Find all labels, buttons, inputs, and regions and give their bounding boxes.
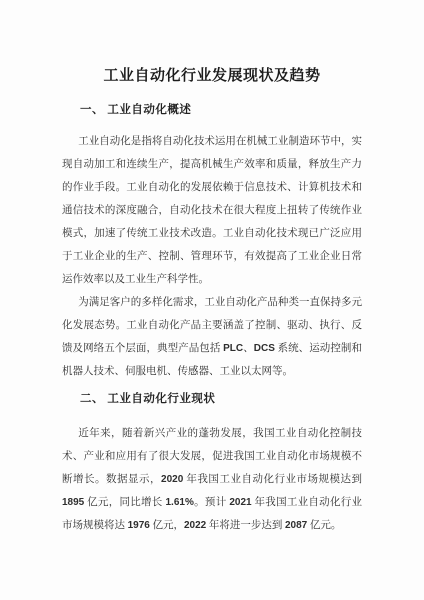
latin-text-run: 2022 (184, 520, 206, 531)
paragraph-overview-2: 为满足客户的多样化需求，工业自动化产品种类一直保持多元化发展态势。工业自动化产品… (62, 291, 362, 383)
latin-text-run: PLC (223, 343, 243, 354)
latin-text-run: 1976 (128, 520, 150, 531)
latin-text-run: 2021 (229, 497, 251, 508)
section-heading-overview: 一、 工业自动化概述 (62, 102, 362, 118)
latin-text-run: 1895 (62, 497, 84, 508)
document-page: 工业自动化行业发展现状及趋势 一、 工业自动化概述 工业自动化是指将自动化技术运… (0, 0, 424, 600)
latin-text-run: 1.61% (166, 497, 194, 508)
latin-text-run: 2087 (285, 520, 307, 531)
document-title: 工业自动化行业发展现状及趋势 (62, 64, 362, 88)
latin-text-run: 2020 (161, 474, 183, 485)
section-heading-industry-status: 二、 工业自动化行业现状 (62, 391, 362, 407)
paragraph-overview-1: 工业自动化是指将自动化技术运用在机械工业制造环节中，实现自动加工和连续生产，提高… (62, 130, 362, 291)
latin-text-run: DCS (254, 343, 275, 354)
paragraph-industry-status-1: 近年来，随着新兴产业的蓬勃发展，我国工业自动化控制技术、产业和应用有了很大发展，… (62, 422, 362, 537)
